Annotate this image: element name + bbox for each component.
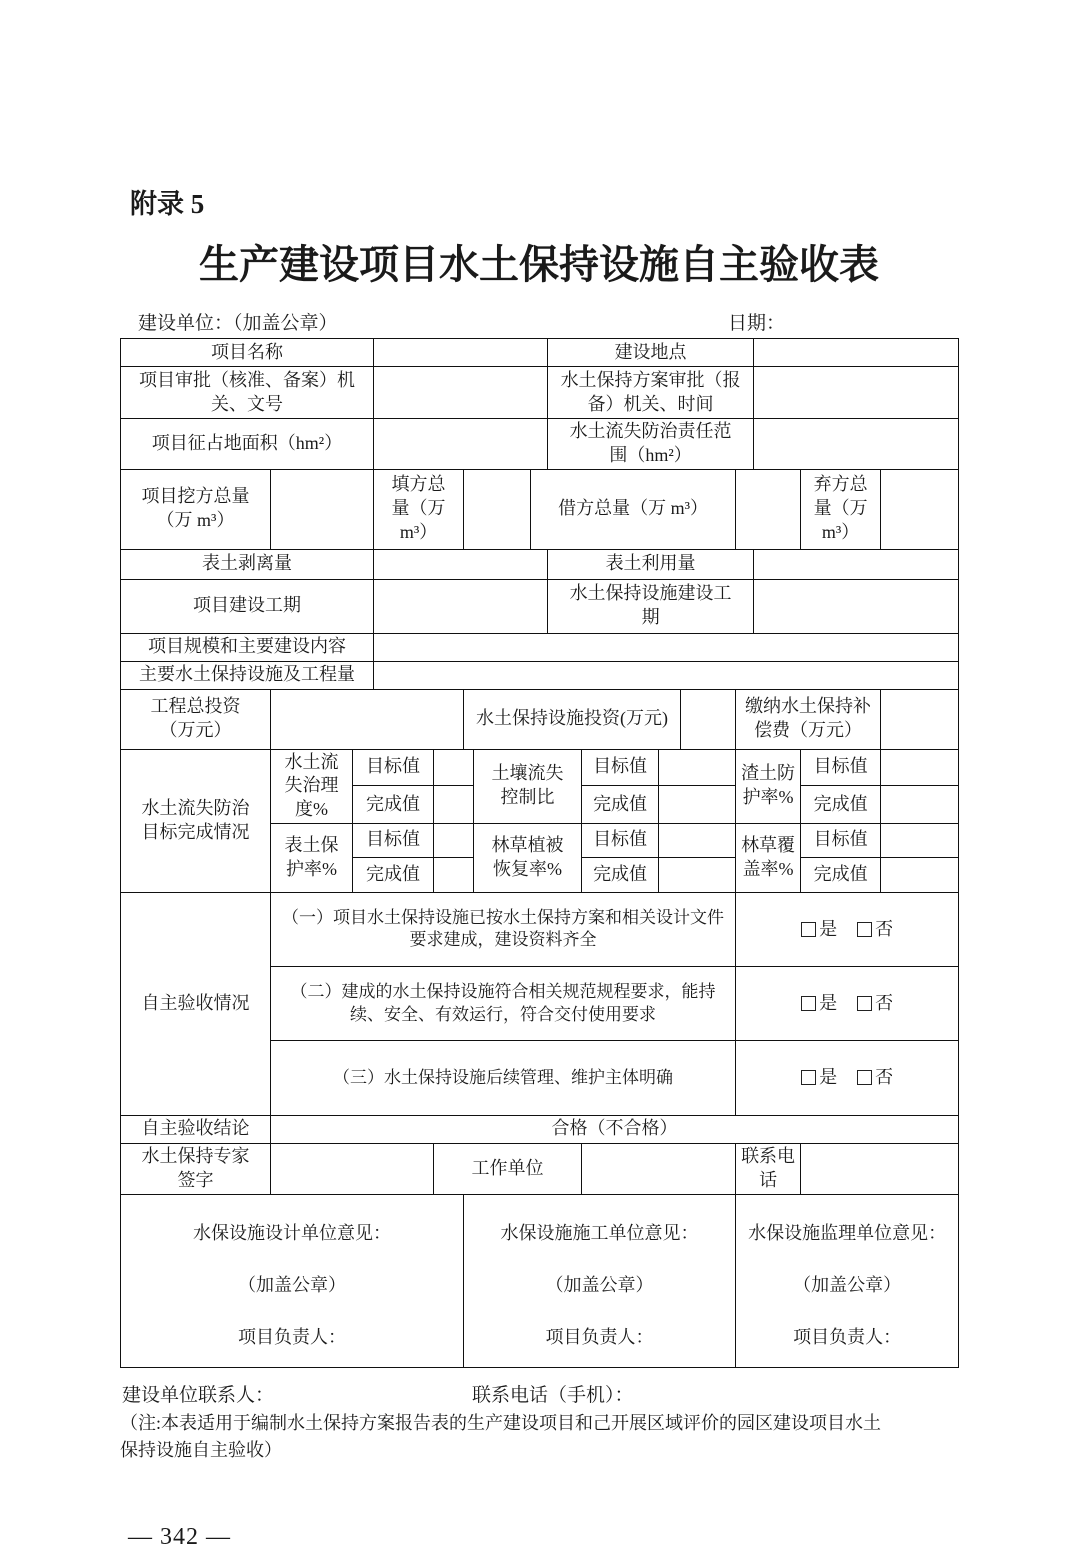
- total-investment-value: [271, 689, 464, 749]
- design-unit-opinion-cell: 水保设施设计单位意见： （加盖公章） 项目负责人： 日期：: [121, 1194, 464, 1368]
- work-unit-label: 工作单位: [434, 1143, 582, 1194]
- fill-total-label: 填方总 量（万 m³）: [374, 469, 464, 549]
- topsoil-protect-achieved-value: [434, 857, 474, 892]
- spoil-protect-target-value: [881, 749, 959, 786]
- governance-degree-label: 水土流 失治理 度%: [271, 749, 353, 823]
- main-facilities-value: [374, 661, 959, 689]
- location-value: [754, 339, 959, 367]
- spoil-total-label: 弃方总 量（万 m³）: [801, 469, 881, 549]
- topsoil-use-label: 表土利用量: [548, 549, 754, 579]
- borrow-total-value: [736, 469, 801, 549]
- no-label: 否: [875, 918, 893, 942]
- construction-unit-label: 建设单位：（加盖公章）: [138, 308, 338, 335]
- governance-target-value: [434, 749, 474, 786]
- yes-label: 是: [819, 1066, 837, 1090]
- conclusion-value: 合格（不合格）: [271, 1115, 959, 1143]
- checkbox-square-icon: [801, 922, 816, 937]
- vegetation-restore-target-value: [659, 823, 736, 857]
- land-area-label: 项目征占地面积（hm²）: [121, 419, 374, 470]
- borrow-total-label: 借方总量（万 m³）: [531, 469, 736, 549]
- governance-achieved-value: [434, 786, 474, 824]
- project-scale-value: [374, 633, 959, 661]
- item2-yes-checkbox: 是: [801, 992, 837, 1016]
- seal-label: （加盖公章）: [468, 1272, 731, 1298]
- total-investment-label: 工程总投资 （万元）: [121, 689, 271, 749]
- approval-organ-value: [374, 367, 548, 419]
- item3-yes-checkbox: 是: [801, 1066, 837, 1090]
- construction-unit-opinion-cell: 水保设施施工单位意见： （加盖公章） 项目负责人： 日期：: [464, 1194, 736, 1368]
- yes-label: 是: [819, 992, 837, 1016]
- item1-yes-checkbox: 是: [801, 918, 837, 942]
- vegetation-restore-achieved-label: 完成值: [582, 857, 659, 892]
- governance-target-label: 目标值: [353, 749, 434, 786]
- governance-achieved-label: 完成值: [353, 786, 434, 824]
- page-number: — 342 —: [120, 1524, 958, 1551]
- project-duration-label: 项目建设工期: [121, 579, 374, 633]
- expert-sign-label: 水土保持专家 签字: [121, 1143, 271, 1194]
- footer-contact-line: 建设单位联系人： 联系电话（手机）：: [120, 1380, 958, 1406]
- acceptance-item3-checkboxes: 是 否: [736, 1041, 959, 1115]
- vegetation-cover-label: 林草覆 盖率%: [736, 823, 801, 892]
- acceptance-item2-text: （二）建成的水土保持设施符合相关规范规程要求，能持续、安全、有效运行，符合交付使…: [271, 967, 736, 1041]
- soil-control-target-label: 目标值: [582, 749, 659, 786]
- excavation-total-value: [271, 469, 374, 549]
- topsoil-strip-value: [374, 549, 548, 579]
- swc-investment-value: [681, 689, 736, 749]
- topsoil-protect-label: 表土保 护率%: [271, 823, 353, 892]
- yes-label: 是: [819, 918, 837, 942]
- soil-control-label: 土壤流失 控制比: [474, 749, 582, 823]
- expert-phone-label: 联系电 话: [736, 1143, 801, 1194]
- responsibility-range-label: 水土流失防治责任范 围（hm²）: [548, 419, 754, 470]
- checkbox-square-icon: [801, 996, 816, 1011]
- footer-note-line2: 保持设施自主验收）: [120, 1437, 958, 1464]
- soil-control-target-value: [659, 749, 736, 786]
- no-label: 否: [875, 1066, 893, 1090]
- approval-organ-label: 项目审批（核准、备案）机 关、文号: [121, 367, 374, 419]
- swc-duration-label: 水土保持设施建设工 期: [548, 579, 754, 633]
- vegetation-cover-target-label: 目标值: [801, 823, 881, 857]
- topsoil-protect-target-value: [434, 823, 474, 857]
- design-unit-opinion-title: 水保设施设计单位意见：: [125, 1222, 459, 1246]
- work-unit-value: [582, 1143, 736, 1194]
- project-name-label: 项目名称: [121, 339, 374, 367]
- spoil-protect-achieved-value: [881, 786, 959, 824]
- swc-investment-label: 水土保持设施投资(万元): [464, 689, 681, 749]
- checkbox-square-icon: [801, 1070, 816, 1085]
- vegetation-cover-target-value: [881, 823, 959, 857]
- spoil-total-value: [881, 469, 959, 549]
- topsoil-protect-achieved-label: 完成值: [353, 857, 434, 892]
- vegetation-restore-achieved-value: [659, 857, 736, 892]
- supervision-unit-opinion-title: 水保设施监理单位意见：: [740, 1222, 954, 1246]
- page-content: 附录 5 生产建设项目水土保持设施自主验收表 建设单位：（加盖公章） 日期： 项…: [120, 182, 958, 1551]
- land-area-value: [374, 419, 548, 470]
- construction-unit-opinion-title: 水保设施施工单位意见：: [468, 1222, 731, 1246]
- compensation-fee-value: [881, 689, 959, 749]
- vegetation-cover-achieved-value: [881, 857, 959, 892]
- vegetation-restore-target-label: 目标值: [582, 823, 659, 857]
- project-name-value: [374, 339, 548, 367]
- item3-no-checkbox: 否: [857, 1066, 893, 1090]
- no-label: 否: [875, 992, 893, 1016]
- seal-label: （加盖公章）: [125, 1272, 459, 1298]
- fill-total-value: [464, 469, 531, 549]
- unit-contact-label: 建设单位联系人：: [122, 1380, 274, 1407]
- checkbox-square-icon: [857, 922, 872, 937]
- conclusion-label: 自主验收结论: [121, 1115, 271, 1143]
- seal-label: （加盖公章）: [740, 1272, 954, 1298]
- compensation-fee-label: 缴纳水土保持补 偿费（万元）: [736, 689, 881, 749]
- location-label: 建设地点: [548, 339, 754, 367]
- excavation-total-label: 项目挖方总量 （万 m³）: [121, 469, 271, 549]
- soil-control-achieved-label: 完成值: [582, 786, 659, 824]
- project-scale-label: 项目规模和主要建设内容: [121, 633, 374, 661]
- vegetation-restore-label: 林草植被 恢复率%: [474, 823, 582, 892]
- expert-phone-value: [801, 1143, 959, 1194]
- responsibility-range-value: [754, 419, 959, 470]
- supervision-unit-opinion-cell: 水保设施监理单位意见： （加盖公章） 项目负责人： 日期：: [736, 1194, 959, 1368]
- footer-note: （注:本表适用于编制水土保持方案报告表的生产建设项目和己开展区域评价的园区建设项…: [120, 1410, 958, 1464]
- topsoil-strip-label: 表土剥离量: [121, 549, 374, 579]
- spoil-protect-target-label: 目标值: [801, 749, 881, 786]
- acceptance-form-table: 项目名称 建设地点 项目审批（核准、备案）机 关、文号 水土保持方案审批（报 备…: [120, 338, 959, 1368]
- project-manager-label: 项目负责人：: [125, 1324, 459, 1350]
- checkbox-square-icon: [857, 996, 872, 1011]
- acceptance-item3-text: （三）水土保持设施后续管理、维护主体明确: [271, 1041, 736, 1115]
- main-facilities-label: 主要水土保持设施及工程量: [121, 661, 374, 689]
- swc-duration-value: [754, 579, 959, 633]
- document-title: 生产建设项目水土保持设施自主验收表: [120, 233, 958, 290]
- acceptance-item1-text: （一）项目水土保持设施已按水土保持方案和相关设计文件要求建成，建设资料齐全: [271, 892, 736, 966]
- appendix-label: 附录 5: [120, 182, 958, 221]
- expert-sign-value: [271, 1143, 434, 1194]
- item2-no-checkbox: 否: [857, 992, 893, 1016]
- acceptance-item2-checkboxes: 是 否: [736, 967, 959, 1041]
- topsoil-use-value: [754, 549, 959, 579]
- footer-note-line1: （注:本表适用于编制水土保持方案报告表的生产建设项目和己开展区域评价的园区建设项…: [120, 1410, 958, 1437]
- contact-phone-label: 联系电话（手机）：: [472, 1380, 634, 1407]
- acceptance-section-label: 自主验收情况: [121, 892, 271, 1115]
- goals-section-label: 水土流失防治 目标完成情况: [121, 749, 271, 892]
- swc-plan-approval-label: 水土保持方案审批（报 备）机关、时间: [548, 367, 754, 419]
- swc-plan-approval-value: [754, 367, 959, 419]
- header-line: 建设单位：（加盖公章） 日期：: [120, 308, 958, 332]
- project-manager-label: 项目负责人：: [468, 1324, 731, 1350]
- project-manager-label: 项目负责人：: [740, 1324, 954, 1350]
- item1-no-checkbox: 否: [857, 918, 893, 942]
- date-label: 日期：: [728, 308, 785, 335]
- soil-control-achieved-value: [659, 786, 736, 824]
- spoil-protect-achieved-label: 完成值: [801, 786, 881, 824]
- project-duration-value: [374, 579, 548, 633]
- checkbox-square-icon: [857, 1070, 872, 1085]
- acceptance-item1-checkboxes: 是 否: [736, 892, 959, 966]
- vegetation-cover-achieved-label: 完成值: [801, 857, 881, 892]
- topsoil-protect-target-label: 目标值: [353, 823, 434, 857]
- spoil-protect-label: 渣土防 护率%: [736, 749, 801, 823]
